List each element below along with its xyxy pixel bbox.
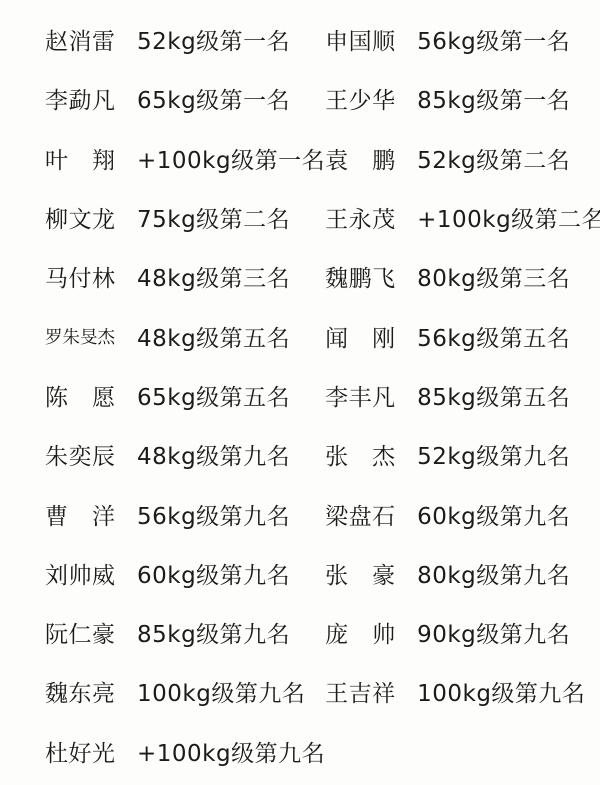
name-character: 曹 (45, 498, 68, 531)
rank-result: 80kg级第三名 (417, 260, 570, 293)
result-row: 叶翔+100kg级第一名 (45, 129, 325, 188)
athlete-name: 申国顺 (325, 23, 395, 56)
name-character: 好 (69, 735, 92, 768)
athlete-name: 张杰 (325, 438, 395, 471)
name-character: 凡 (372, 379, 395, 412)
name-character: 旻 (80, 324, 98, 349)
athlete-name: 李丰凡 (325, 379, 395, 412)
name-character: 梁 (325, 498, 348, 531)
result-row: 张杰52kg级第九名 (325, 425, 600, 484)
rank-result: 100kg级第九名 (417, 675, 585, 708)
name-character: 魏 (325, 260, 348, 293)
name-character: 奕 (69, 438, 92, 471)
name-character: 申 (325, 23, 348, 56)
athlete-name: 陈愿 (45, 379, 115, 412)
name-character: 丰 (349, 379, 372, 412)
name-character: 勐 (69, 82, 92, 115)
name-character: 顺 (372, 23, 395, 56)
rank-result: 52kg级第九名 (417, 438, 570, 471)
name-character: 杰 (98, 324, 116, 349)
rank-result: +100kg级第一名 (137, 142, 325, 175)
rank-result: 75kg级第二名 (137, 201, 290, 234)
name-character: 威 (92, 557, 115, 590)
result-row: 袁鹏52kg级第二名 (325, 129, 600, 188)
name-character: 李 (45, 82, 68, 115)
name-character: 刚 (372, 320, 395, 353)
athlete-name: 马付林 (45, 260, 115, 293)
name-character: 刘 (45, 557, 68, 590)
name-character: 少 (349, 82, 372, 115)
name-character: 文 (69, 201, 92, 234)
name-character: 翔 (92, 142, 115, 175)
name-character: 飞 (372, 260, 395, 293)
name-character: 华 (372, 82, 395, 115)
rank-result: 85kg级第九名 (137, 616, 290, 649)
name-character: 叶 (45, 142, 68, 175)
name-character: 光 (92, 735, 115, 768)
name-character: 杰 (372, 438, 395, 471)
rank-result: 85kg级第五名 (417, 379, 570, 412)
athlete-name: 刘帅威 (45, 557, 115, 590)
rank-result: +100kg级第九名 (137, 735, 325, 768)
document-page: 赵消雷52kg级第一名李勐凡65kg级第一名叶翔+100kg级第一名柳文龙75k… (0, 0, 600, 785)
rank-result: 52kg级第一名 (137, 23, 290, 56)
athlete-name: 魏鹏飞 (325, 260, 395, 293)
name-character: 林 (92, 260, 115, 293)
result-row: 赵消雷52kg级第一名 (45, 10, 325, 69)
result-row: 申国顺56kg级第一名 (325, 10, 600, 69)
name-character: 龙 (92, 201, 115, 234)
athlete-name: 李勐凡 (45, 82, 115, 115)
rank-result: 65kg级第一名 (137, 82, 290, 115)
athlete-name: 曹洋 (45, 498, 115, 531)
name-character: 王 (325, 675, 348, 708)
name-character: 永 (349, 201, 372, 234)
athlete-name: 叶翔 (45, 142, 115, 175)
name-character: 罗 (45, 324, 63, 349)
result-row: 李丰凡85kg级第五名 (325, 366, 600, 425)
result-row: 朱奕辰48kg级第九名 (45, 425, 325, 484)
athlete-name: 王永茂 (325, 201, 395, 234)
result-row: 王永茂+100kg级第二名 (325, 188, 600, 247)
result-row: 梁盘石60kg级第九名 (325, 484, 600, 543)
rank-result: 52kg级第二名 (417, 142, 570, 175)
name-character: 雷 (92, 23, 115, 56)
athlete-name: 王少华 (325, 82, 395, 115)
rank-result: 60kg级第九名 (417, 498, 570, 531)
name-character: 凡 (92, 82, 115, 115)
rank-result: 48kg级第五名 (137, 320, 290, 353)
athlete-name: 杜好光 (45, 735, 115, 768)
rank-result: 56kg级第一名 (417, 23, 570, 56)
athlete-name: 赵消雷 (45, 23, 115, 56)
athlete-name: 袁鹏 (325, 142, 395, 175)
result-row: 魏鹏飞80kg级第三名 (325, 247, 600, 306)
name-character: 石 (372, 498, 395, 531)
athlete-name: 柳文龙 (45, 201, 115, 234)
result-row: 刘帅威60kg级第九名 (45, 544, 325, 603)
result-row: 李勐凡65kg级第一名 (45, 69, 325, 128)
name-character: 东 (69, 675, 92, 708)
name-character: 豪 (372, 557, 395, 590)
name-character: 袁 (325, 142, 348, 175)
name-character: 张 (325, 438, 348, 471)
name-character: 赵 (45, 23, 68, 56)
athlete-name: 庞帅 (325, 616, 395, 649)
name-character: 消 (69, 23, 92, 56)
name-character: 茂 (372, 201, 395, 234)
name-character: 愿 (92, 379, 115, 412)
rank-result: 56kg级第九名 (137, 498, 290, 531)
result-row: 罗朱旻杰48kg级第五名 (45, 306, 325, 365)
name-character: 吉 (349, 675, 372, 708)
rank-result: 100kg级第九名 (137, 675, 305, 708)
name-character: 马 (45, 260, 68, 293)
rank-result: 56kg级第五名 (417, 320, 570, 353)
name-character: 付 (69, 260, 92, 293)
result-row: 曹洋56kg级第九名 (45, 484, 325, 543)
name-character: 闻 (325, 320, 348, 353)
name-character: 仁 (69, 616, 92, 649)
result-row: 马付林48kg级第三名 (45, 247, 325, 306)
name-character: 阮 (45, 616, 68, 649)
name-character: 祥 (372, 675, 395, 708)
rank-result: 48kg级第三名 (137, 260, 290, 293)
result-row: 王少华85kg级第一名 (325, 69, 600, 128)
result-row: 张豪80kg级第九名 (325, 544, 600, 603)
name-character: 豪 (92, 616, 115, 649)
name-character: 陈 (45, 379, 68, 412)
athlete-name: 魏东亮 (45, 675, 115, 708)
name-character: 张 (325, 557, 348, 590)
rank-result: 90kg级第九名 (417, 616, 570, 649)
name-character: 杜 (45, 735, 68, 768)
athlete-name: 梁盘石 (325, 498, 395, 531)
name-character: 洋 (92, 498, 115, 531)
rank-result: 80kg级第九名 (417, 557, 570, 590)
result-row: 阮仁豪85kg级第九名 (45, 603, 325, 662)
rank-result: +100kg级第二名 (417, 201, 600, 234)
results-column: 赵消雷52kg级第一名李勐凡65kg级第一名叶翔+100kg级第一名柳文龙75k… (45, 10, 325, 785)
athlete-name: 罗朱旻杰 (45, 324, 115, 349)
name-character: 国 (349, 23, 372, 56)
results-column: 申国顺56kg级第一名王少华85kg级第一名袁鹏52kg级第二名王永茂+100k… (325, 10, 600, 785)
result-row: 庞帅90kg级第九名 (325, 603, 600, 662)
athlete-name: 闻刚 (325, 320, 395, 353)
rank-result: 60kg级第九名 (137, 557, 290, 590)
athlete-name: 朱奕辰 (45, 438, 115, 471)
result-row: 魏东亮100kg级第九名 (45, 662, 325, 721)
name-character: 朱 (45, 438, 68, 471)
athlete-name: 张豪 (325, 557, 395, 590)
name-character: 王 (325, 201, 348, 234)
name-character: 王 (325, 82, 348, 115)
name-character: 鹏 (349, 260, 372, 293)
name-character: 朱 (63, 324, 81, 349)
result-row: 闻刚56kg级第五名 (325, 306, 600, 365)
name-character: 帅 (69, 557, 92, 590)
name-character: 李 (325, 379, 348, 412)
rank-result: 65kg级第五名 (137, 379, 290, 412)
result-row: 王吉祥100kg级第九名 (325, 662, 600, 721)
result-row: 杜好光+100kg级第九名 (45, 722, 325, 781)
result-row: 柳文龙75kg级第二名 (45, 188, 325, 247)
name-character: 鹏 (372, 142, 395, 175)
name-character: 辰 (92, 438, 115, 471)
name-character: 盘 (349, 498, 372, 531)
name-character: 柳 (45, 201, 68, 234)
rank-result: 48kg级第九名 (137, 438, 290, 471)
name-character: 庞 (325, 616, 348, 649)
name-character: 魏 (45, 675, 68, 708)
athlete-name: 阮仁豪 (45, 616, 115, 649)
name-character: 帅 (372, 616, 395, 649)
name-character: 亮 (92, 675, 115, 708)
athlete-name: 王吉祥 (325, 675, 395, 708)
rank-result: 85kg级第一名 (417, 82, 570, 115)
result-row: 陈愿65kg级第五名 (45, 366, 325, 425)
